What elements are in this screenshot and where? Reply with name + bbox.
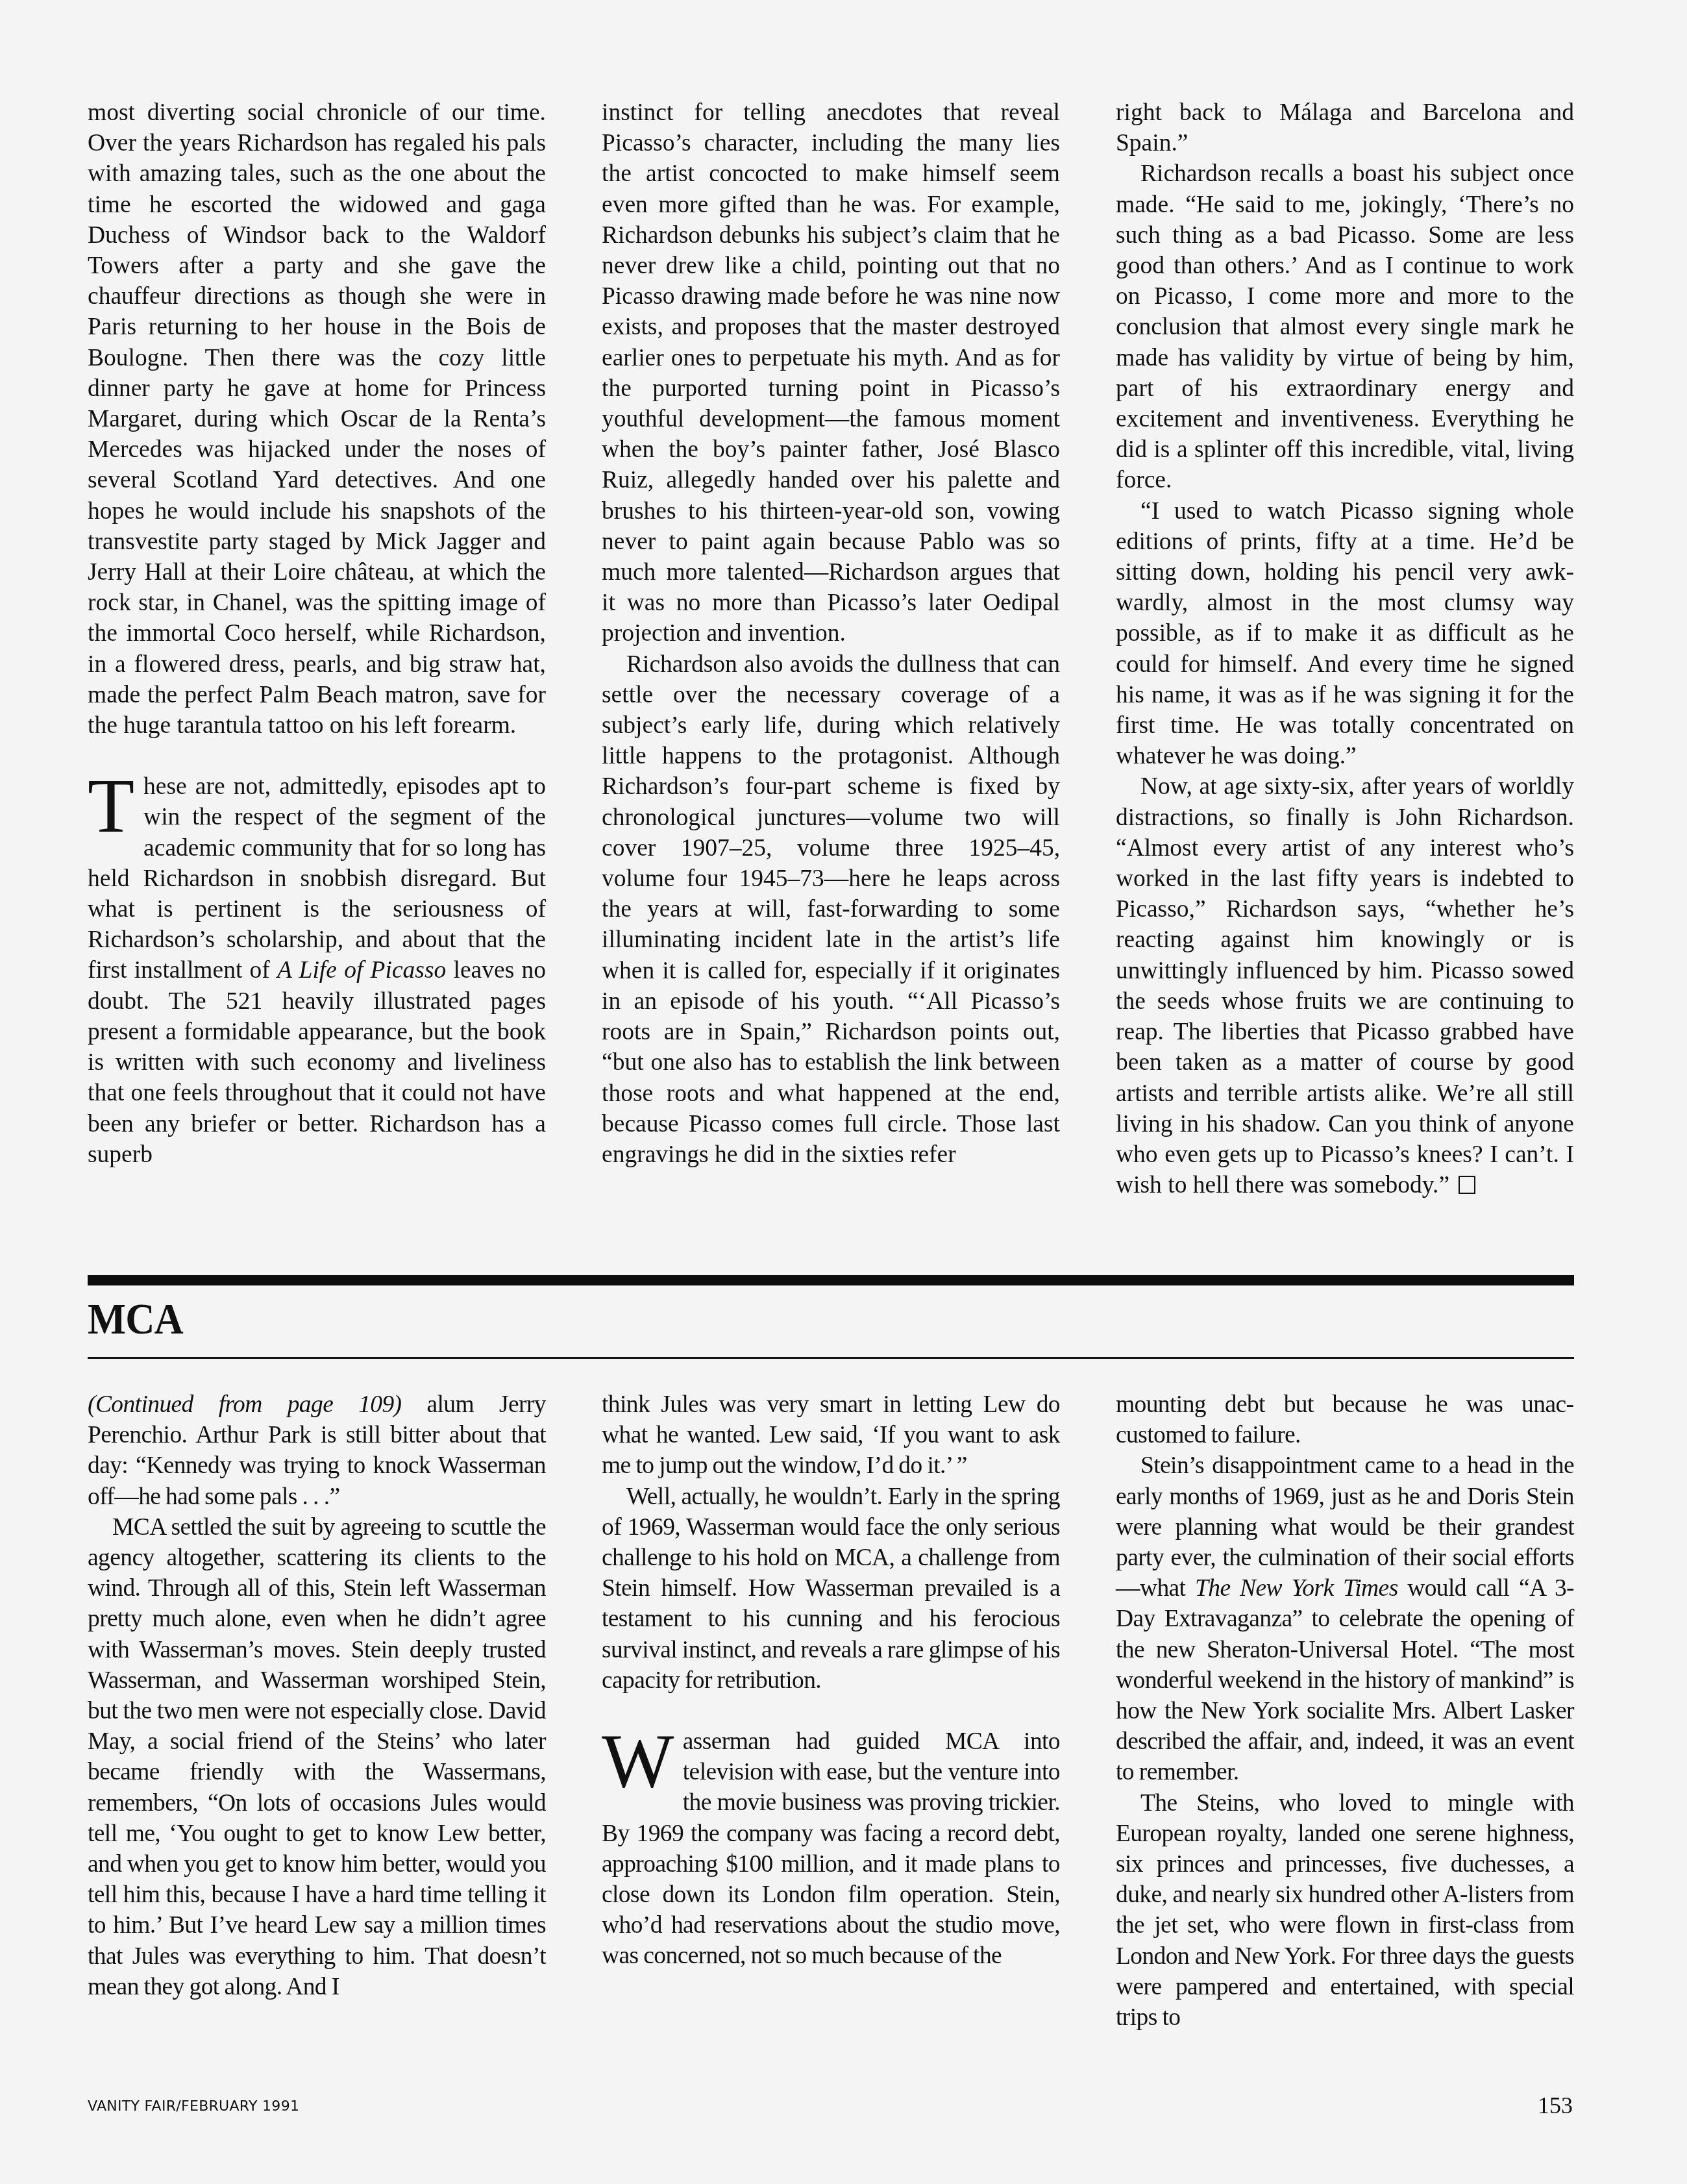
- paragraph-text: would call “A 3-Day Extrava­ganza” to ce…: [1116, 1575, 1574, 1785]
- mca-column-2: think Jules was very smart in letting Le…: [602, 1389, 1060, 2033]
- paragraph-text: hese are not, admittedly, episodes apt t…: [88, 773, 546, 984]
- book-title: A Life of Picasso: [277, 957, 446, 984]
- mca-article: (Continued from page 109) alum Jerry Per…: [88, 1389, 1574, 2033]
- continuation-note: (Continued from page 109): [88, 1391, 402, 1418]
- paragraph: most diverting social chronicle of our t…: [88, 97, 546, 741]
- paragraph-with-dropcap: These are not, admittedly, episodes apt …: [88, 771, 546, 1170]
- picasso-article: most diverting social chronicle of our t…: [88, 97, 1574, 1200]
- paragraph: “I used to watch Picasso signing whole e…: [1116, 496, 1574, 772]
- paragraph: The Steins, who loved to mingle with Eur…: [1116, 1788, 1574, 2033]
- paragraph: think Jules was very smart in letting Le…: [602, 1389, 1060, 1482]
- picasso-column-3: right back to Málaga and Barcelona and S…: [1116, 97, 1574, 1200]
- mca-column-1: (Continued from page 109) alum Jerry Per…: [88, 1389, 546, 2033]
- paragraph: Stein’s disappointment came to a head in…: [1116, 1450, 1574, 1787]
- paragraph: right back to Málaga and Barcelona and S…: [1116, 97, 1574, 158]
- page-number: 153: [1538, 2092, 1573, 2119]
- paragraph: instinct for telling anecdotes that reve…: [602, 97, 1060, 649]
- paragraph: Richardson recalls a boast his subject o…: [1116, 158, 1574, 495]
- section-title: MCA: [88, 1296, 183, 1341]
- drop-cap: W: [602, 1730, 674, 1790]
- paragraph-text: Now, at age sixty-six, after years of wo…: [1116, 773, 1574, 1198]
- drop-cap: T: [88, 775, 134, 835]
- paragraph-with-dropcap: Wasserman had guided MCA into television…: [602, 1726, 1060, 1972]
- paragraph: (Continued from page 109) alum Jerry Per…: [88, 1389, 546, 1512]
- paragraph-final: Now, at age sixty-six, after years of wo…: [1116, 771, 1574, 1200]
- publication-footer: VANITY FAIR/FEBRUARY 1991: [88, 2098, 299, 2115]
- paragraph: Well, actually, he wouldn’t. Early in th…: [602, 1482, 1060, 1696]
- paragraph-text: leaves no doubt. The 521 heavily illustr…: [88, 957, 546, 1167]
- paragraph: MCA settled the suit by agreeing to scut…: [88, 1512, 546, 2002]
- paragraph: mounting debt but because he was unac­cu…: [1116, 1389, 1574, 1450]
- mca-column-3: mounting debt but because he was unac­cu…: [1116, 1389, 1574, 2033]
- paragraph: Richardson also avoids the dullness that…: [602, 649, 1060, 1170]
- section-divider-thin: [88, 1357, 1574, 1359]
- end-mark-icon: [1459, 1176, 1475, 1194]
- picasso-column-2: instinct for telling anecdotes that reve…: [602, 97, 1060, 1200]
- section-divider-thick: [88, 1275, 1574, 1285]
- publication-title: The New York Times: [1195, 1575, 1398, 1602]
- picasso-column-1: most diverting social chronicle of our t…: [88, 97, 546, 1200]
